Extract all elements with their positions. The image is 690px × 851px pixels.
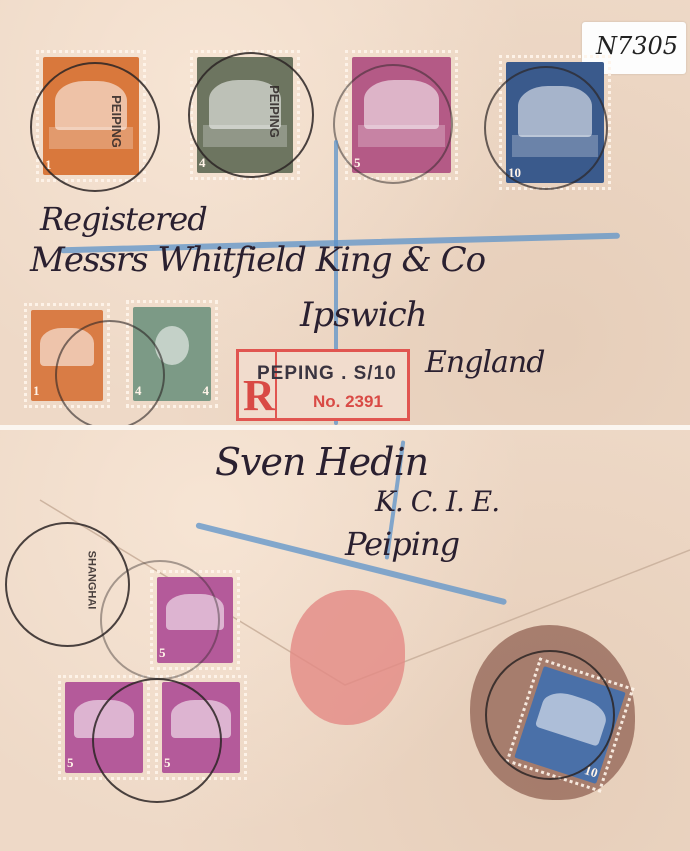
address-line-addressee: Messrs Whitfield King & Co (30, 240, 485, 280)
envelope-front: N7305 1 4 5 10 PEIPING PEIPING Registere… (0, 0, 690, 425)
postmark-peiping (55, 320, 165, 430)
postmark-peiping (100, 560, 220, 680)
registration-number: No. 2391 (313, 392, 383, 412)
postmark-peiping: PEIPING (30, 62, 160, 192)
postmark-peiping (333, 64, 453, 184)
registration-office: PEPING . S/10 (257, 363, 397, 385)
address-line-registered: Registered (40, 200, 207, 238)
address-line-country: England (425, 345, 544, 380)
postmark-peiping: PEIPING (188, 52, 314, 178)
sender-name: Sven Hedin (215, 440, 428, 484)
postmark-peiping (485, 650, 615, 780)
envelope-back: Sven Hedin K. C. I. E. Peiping 10 SHANGH… (0, 430, 690, 851)
wax-seal (290, 590, 405, 725)
registration-label: R PEPING . S/10 No. 2391 (236, 349, 410, 421)
sender-city: Peiping (345, 525, 459, 563)
sender-title: K. C. I. E. (375, 485, 499, 518)
postmark-peiping (484, 66, 608, 190)
address-line-city: Ipswich (300, 295, 427, 335)
postmark-peiping (92, 678, 222, 803)
